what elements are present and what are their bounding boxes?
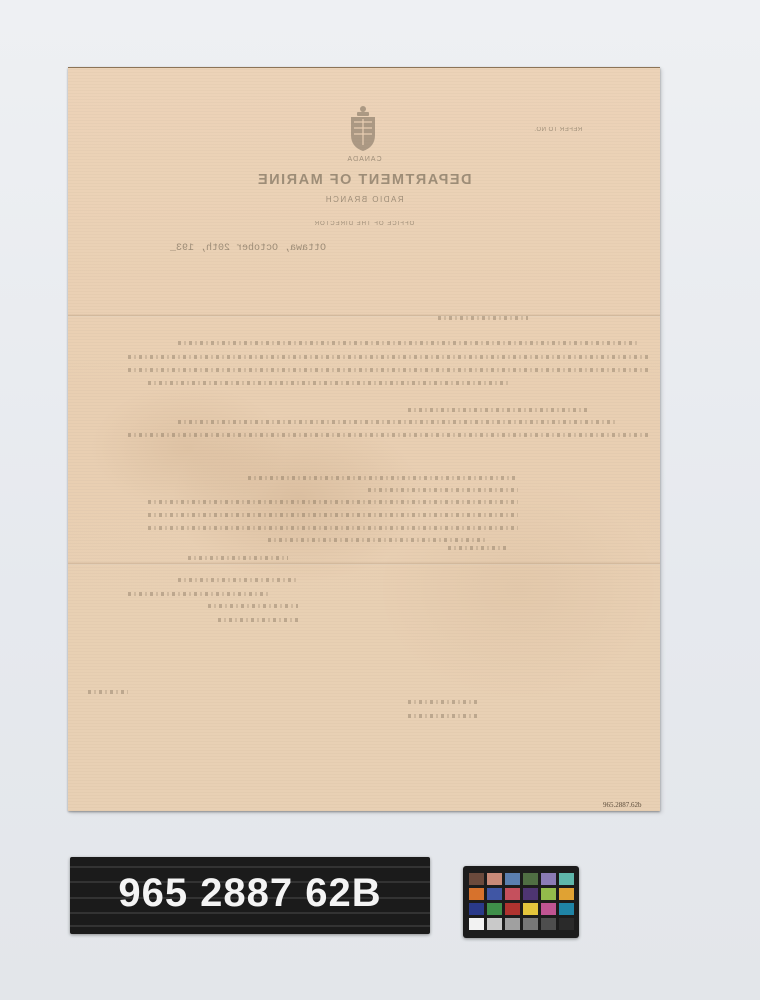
color-patch [523,918,538,930]
color-patch [559,918,574,930]
color-patch [505,918,520,930]
color-patch [505,903,520,915]
color-patch [541,888,556,900]
color-patch [469,873,484,885]
color-patch [487,888,502,900]
fold-crease-upper [68,314,660,317]
color-patch [469,903,484,915]
color-patch [541,903,556,915]
catalog-number-annotation: 965.2887.62b [603,801,642,809]
color-patch [487,873,502,885]
color-patch-grid [469,873,574,930]
letterhead-branch: RADIO BRANCH [68,195,660,204]
fold-crease-lower [68,562,660,565]
letter-page: REFER TO NO. CANADA DEPARTMENT OF MARINE… [68,67,660,811]
color-patch [487,903,502,915]
letterhead-country: CANADA [68,156,660,163]
specimen-number-label: 965 2887 62B [70,871,430,916]
coat-of-arms-icon [345,105,381,153]
color-patch [469,888,484,900]
letterhead-department: DEPARTMENT OF MARINE [68,172,660,188]
specimen-number-tag: 965 2887 62B [70,857,430,934]
color-patch [469,918,484,930]
letter-date: Ottawa, October 20th, 193_ [123,243,373,254]
letterhead-office: OFFICE OF THE DIRECTOR [68,221,660,227]
color-patch [487,918,502,930]
color-patch [523,888,538,900]
color-patch [541,873,556,885]
color-patch [505,873,520,885]
color-patch [559,888,574,900]
color-patch [541,918,556,930]
reply-reference-label: REFER TO NO. [513,127,603,133]
color-patch [559,903,574,915]
color-calibration-chart [463,866,579,938]
color-patch [523,873,538,885]
color-patch [523,903,538,915]
color-patch [559,873,574,885]
color-patch [505,888,520,900]
